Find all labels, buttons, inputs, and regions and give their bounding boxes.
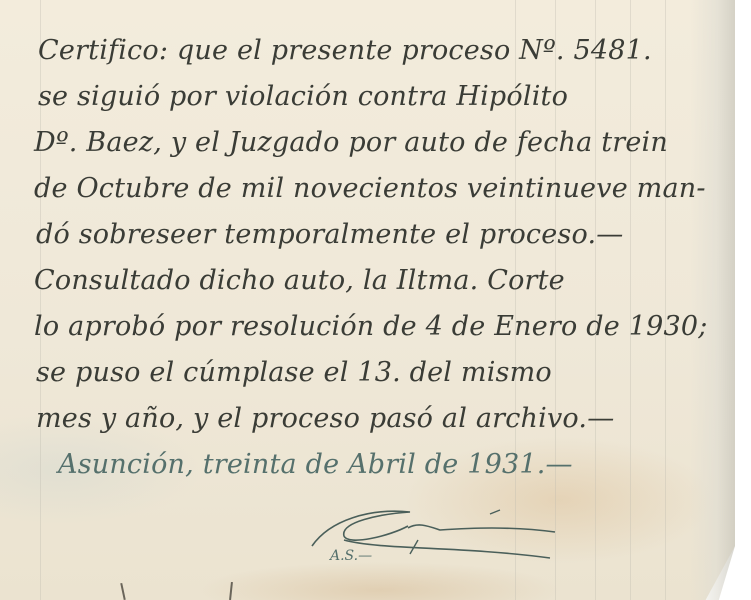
- text-line-10-date: Asunción, treinta de Abril de 1931.—: [58, 442, 708, 488]
- text-line-4: de Octubre de mil novecientos veintinuev…: [34, 166, 684, 212]
- scanned-document-page: Certifico: que el presente proceso Nº. 5…: [0, 0, 751, 600]
- text-line-1: Certifico: que el presente proceso Nº. 5…: [38, 28, 688, 74]
- page-edge: [690, 0, 735, 600]
- text-line-2: se siguió por violación contra Hipólito: [38, 74, 688, 120]
- handwritten-text-block: Certifico: que el presente proceso Nº. 5…: [38, 28, 688, 488]
- text-line-5: dó sobreseer temporalmente el proceso.—: [36, 212, 686, 258]
- text-line-3: Dº. Baez, y el Juzgado por auto de fecha…: [34, 120, 684, 166]
- text-line-9: mes y año, y el proceso pasó al archivo.…: [36, 396, 686, 442]
- text-line-7: lo aprobó por resolución de 4 de Enero d…: [34, 304, 684, 350]
- text-line-6: Consultado dicho auto, la Iltma. Corte: [34, 258, 684, 304]
- signature-initials: A.S.—: [330, 548, 372, 564]
- text-line-8: se puso el cúmplase el 13. del mismo: [36, 350, 686, 396]
